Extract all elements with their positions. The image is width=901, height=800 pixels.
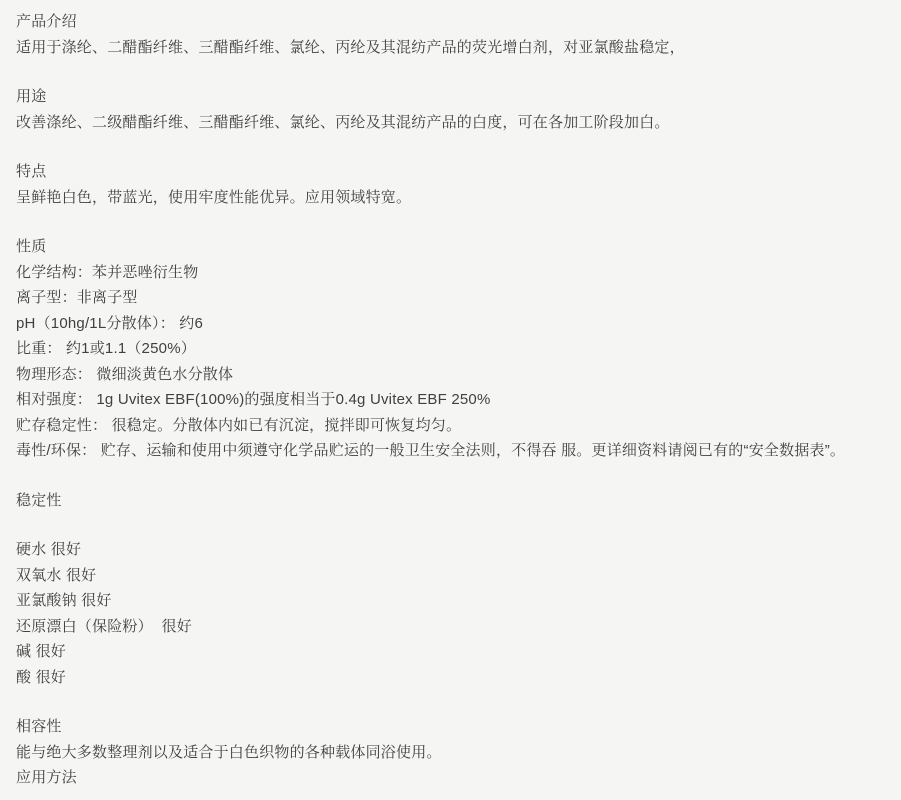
section-spacer (16, 690, 885, 714)
stability-acid: 酸 很好 (16, 665, 885, 691)
property-storage-stability: 贮存稳定性： 很稳定。分散体内如已有沉淀，搅拌即可恢复均匀。 (16, 413, 885, 439)
usage-text: 改善涤纶、二级醋酯纤维、三醋酯纤维、氯纶、丙纶及其混纺产品的白度，可在各加工阶段… (16, 110, 885, 136)
property-chemical-structure: 化学结构：苯并恶唑衍生物 (16, 260, 885, 286)
section-title-usage: 用途 (16, 84, 885, 110)
compatibility-text: 能与绝大多数整理剂以及适合于白色织物的各种载体同浴使用。 (16, 740, 885, 766)
features-text: 呈鲜艳白色，带蓝光，使用牢度性能优异。应用领域特宽。 (16, 185, 885, 211)
product-intro-text: 适用于涤纶、二醋酯纤维、三醋酯纤维、氯纶、丙纶及其混纺产品的荧光增白剂，对亚氯酸… (16, 35, 885, 61)
property-ionicity: 离子型：非离子型 (16, 285, 885, 311)
section-spacer (16, 60, 885, 84)
stability-hydrogen-peroxide: 双氧水 很好 (16, 563, 885, 589)
stability-hard-water: 硬水 很好 (16, 537, 885, 563)
stability-sodium-chlorite: 亚氯酸钠 很好 (16, 588, 885, 614)
section-spacer (16, 135, 885, 159)
property-specific-gravity: 比重： 约1或1.1（250%） (16, 336, 885, 362)
property-physical-form: 物理形态： 微细淡黄色水分散体 (16, 362, 885, 388)
section-spacer (16, 513, 885, 537)
section-title-product-intro: 产品介绍 (16, 9, 885, 35)
property-ph: pH（10hg/1L分散体）： 约6 (16, 311, 885, 337)
property-toxicity-environment: 毒性/环保： 贮存、运输和使用中须遵守化学品贮运的一般卫生安全法则，不得吞 服。… (16, 438, 885, 464)
section-title-stability: 稳定性 (16, 488, 885, 514)
section-spacer (16, 464, 885, 488)
stability-reduction-bleach: 还原漂白（保险粉） 很好 (16, 614, 885, 640)
section-title-compatibility: 相容性 (16, 714, 885, 740)
section-title-features: 特点 (16, 159, 885, 185)
property-relative-strength: 相对强度： 1g Uvitex EBF(100%)的强度相当于0.4g Uvit… (16, 387, 885, 413)
section-title-properties: 性质 (16, 234, 885, 260)
product-description-document: 产品介绍适用于涤纶、二醋酯纤维、三醋酯纤维、氯纶、丙纶及其混纺产品的荧光增白剂，… (0, 0, 901, 800)
section-spacer (16, 210, 885, 234)
section-title-application-method: 应用方法 (16, 765, 885, 791)
stability-alkali: 碱 很好 (16, 639, 885, 665)
